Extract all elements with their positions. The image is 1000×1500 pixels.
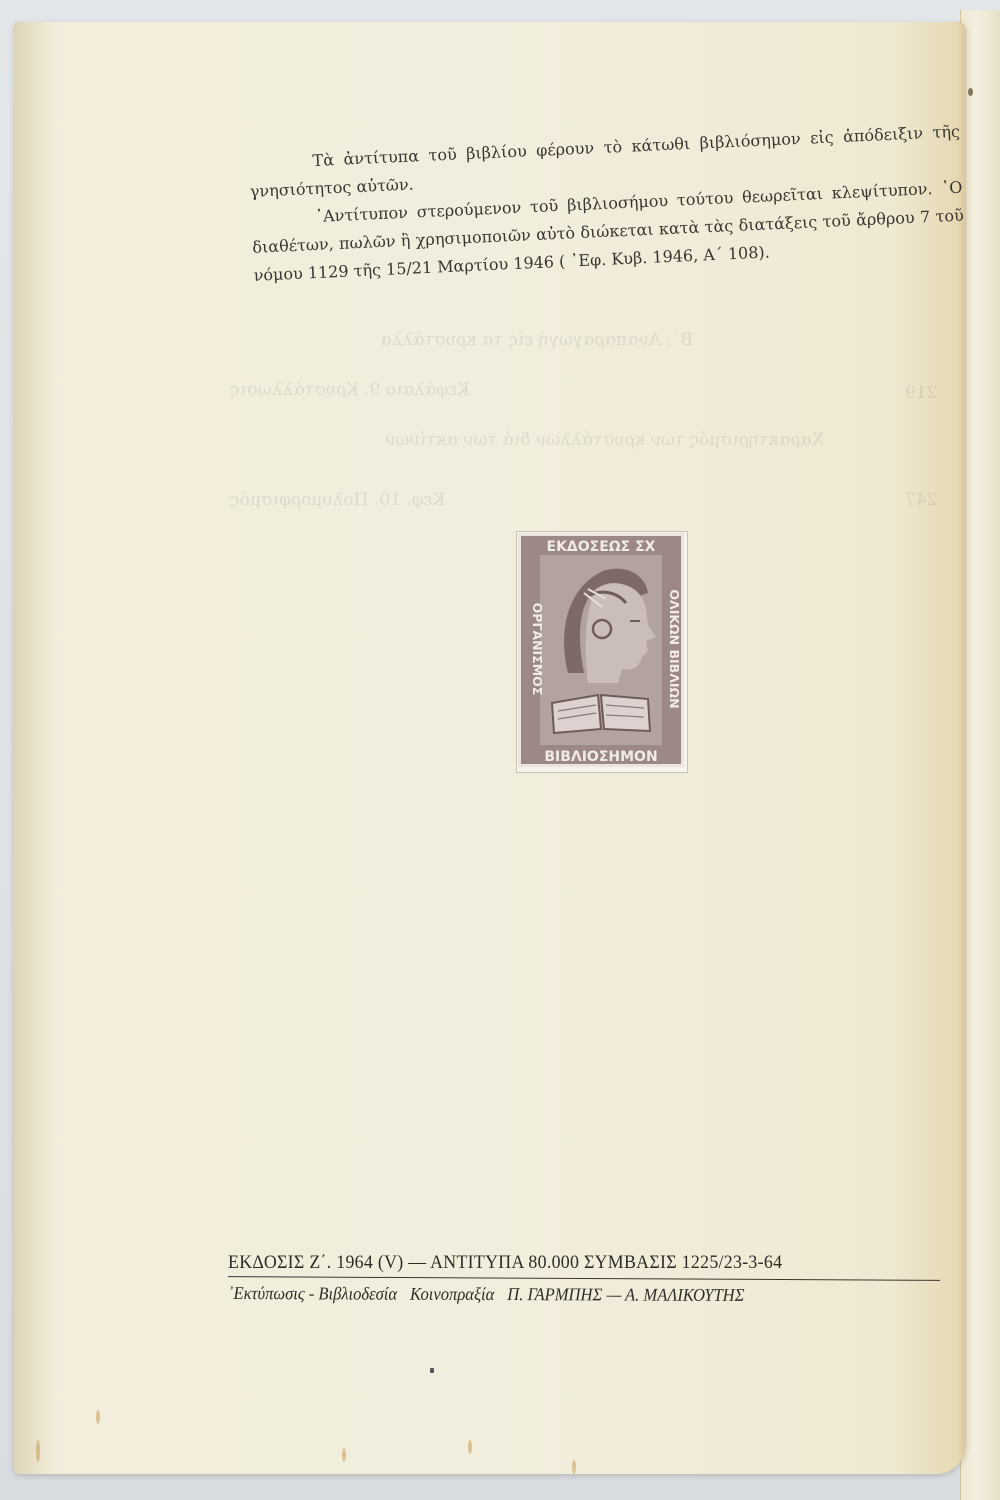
bleed-through-line: Κεφ. 10. Πολυμορφισμός <box>230 490 445 510</box>
foxing-spot <box>572 1460 576 1474</box>
foxing-spot <box>968 88 973 96</box>
bleed-through-page-number: 247 <box>905 490 937 510</box>
stamp-top-text: ΕΚΔΟΣΕΩΣ ΣΧ <box>547 539 656 555</box>
bleed-through-line: Χαρακτηρισμός των κρυστάλλων διά των ακτ… <box>385 430 824 450</box>
colophon: ΕΚΔΟΣΙΣ Ζ΄. 1964 (V) — ΑΝΤΙΤΥΠΑ 80.000 Σ… <box>228 1252 948 1304</box>
printer-label: ᾿Εκτύπωσις - Βιβλιοδεσία <box>228 1283 397 1304</box>
foxing-spot <box>468 1440 472 1454</box>
printer-company: Κοινοπραξία <box>410 1284 494 1304</box>
foxing-spot <box>36 1440 40 1462</box>
bleed-through-heading: Β΄. Αναπαραγωγή είς τα κρυστάλλα <box>380 330 693 350</box>
ink-speck <box>430 1368 434 1373</box>
bleed-through-page-number: 219 <box>905 383 937 403</box>
printer-names: Π. ΓΑΡΜΠΗΣ — Α. ΜΑΛΙΚΟΥΤΗΣ <box>507 1284 744 1305</box>
edition-line: ΕΚΔΟΣΙΣ Ζ΄. 1964 (V) — ΑΝΤΙΤΥΠΑ 80.000 Σ… <box>228 1252 905 1274</box>
colophon-rule <box>228 1276 940 1281</box>
stamp-right-text: ΟΛΙΚΩΝ ΒΙΒΛΙΩΝ <box>667 589 682 708</box>
printer-line: ᾿Εκτύπωσις - ΒιβλιοδεσίαΚοινοπραξίαΠ. ΓΑ… <box>228 1283 890 1307</box>
bibliosimo-stamp: ΕΚΔΟΣΕΩΣ ΣΧ ΒΙΒΛΙΟΣΗΜΟΝ ΟΡΓΑΝΙΣΜΟΣ ΟΛΙΚΩ… <box>518 533 684 767</box>
foxing-spot <box>342 1448 346 1462</box>
athena-book-stamp-icon: ΕΚΔΟΣΕΩΣ ΣΧ ΒΙΒΛΙΟΣΗΜΟΝ ΟΡΓΑΝΙΣΜΟΣ ΟΛΙΚΩ… <box>518 533 684 767</box>
stamp-left-text: ΟΡΓΑΝΙΣΜΟΣ <box>530 603 545 696</box>
page-gutter-shadow <box>14 22 54 1474</box>
foxing-spot <box>96 1410 100 1424</box>
stamp-bottom-text: ΒΙΒΛΙΟΣΗΜΟΝ <box>544 749 657 765</box>
bleed-through-line: Κεφάλαιο 9. Κρυστάλλωσις <box>230 380 470 400</box>
next-page-edge <box>960 10 1000 1500</box>
